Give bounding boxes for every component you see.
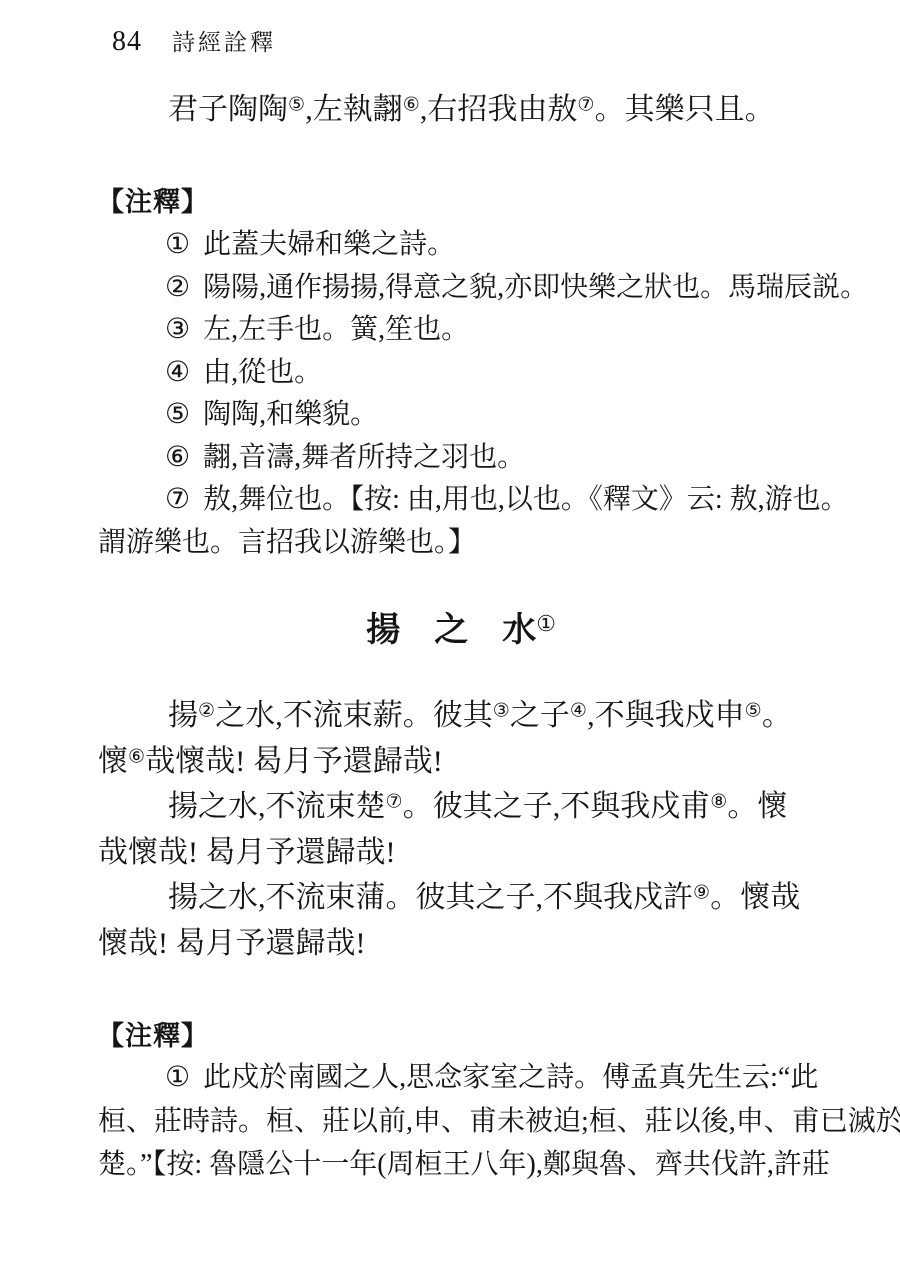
note-line: ①此蓋夫婦和樂之詩。 [98, 224, 840, 267]
note-item: ⑦敖,舞位也。【按: 由,用也,以也。《釋文》云: 敖,游也。 謂游樂也。言招我… [98, 479, 840, 564]
note-number: ④ [165, 357, 190, 388]
note-number: ⑦ [165, 484, 190, 515]
note-number: ② [165, 272, 190, 303]
poem-stanza: 揚之水,不流束蒲。彼其之子,不與我戍許⑨。懷哉 懷哉! 曷月予還歸哉! [98, 875, 840, 966]
poem-line: 揚之水,不流束楚⑦。彼其之子,不與我戍甫⑧。懷 [98, 784, 840, 830]
poem-stanza: 揚②之水,不流束薪。彼其③之子④,不與我戍申⑤。 懷⑥哉懷哉! 曷月予還歸哉! [98, 693, 840, 784]
note-item: ①此蓋夫婦和樂之詩。 [98, 224, 840, 267]
notes-heading: 【注釋】 [97, 180, 209, 219]
note-text: 左,左手也。簧,笙也。 [203, 314, 469, 345]
note-item: ③左,左手也。簧,笙也。 [98, 309, 840, 352]
book-title: 詩經詮釋 [172, 24, 276, 57]
note-item: ⑥翿,音濤,舞者所持之羽也。 [98, 437, 840, 480]
note-number: ⑥ [165, 442, 190, 473]
poem-line: 揚之水,不流束蒲。彼其之子,不與我戍許⑨。懷哉 [98, 875, 840, 921]
note-text: 陽陽,通作揚揚,得意之貌,亦即快樂之狀也。馬瑞辰説。 [203, 272, 868, 303]
note-number: ① [165, 229, 190, 260]
note-item: ④由,從也。 [98, 352, 840, 395]
poem-line: 懷哉! 曷月予還歸哉! [98, 921, 840, 967]
note-line: ②陽陽,通作揚揚,得意之貌,亦即快樂之狀也。馬瑞辰説。 [98, 267, 840, 310]
note-text: 翿,音濤,舞者所持之羽也。 [203, 442, 525, 473]
note-text: 陶陶,和樂貌。 [203, 399, 378, 430]
note-line: ⑥翿,音濤,舞者所持之羽也。 [98, 437, 840, 480]
note-line: ⑤陶陶,和樂貌。 [98, 394, 840, 437]
note-number: ⑤ [165, 399, 190, 430]
note-number: ① [165, 1062, 190, 1093]
note-item: ①此戍於南國之人,思念家室之詩。傅孟真先生云:“此 桓、莊時詩。桓、莊以前,申、… [98, 1056, 840, 1187]
notes-heading: 【注釋】 [97, 1014, 209, 1053]
notes-list: ①此蓋夫婦和樂之詩。 ②陽陽,通作揚揚,得意之貌,亦即快樂之狀也。馬瑞辰説。 ③… [98, 224, 840, 564]
note-line: 桓、莊時詩。桓、莊以前,申、甫未被迫;桓、莊以後,申、甫已滅於 [98, 1100, 840, 1144]
poem-line: 哉懷哉! 曷月予還歸哉! [98, 830, 840, 876]
note-item: ②陽陽,通作揚揚,得意之貌,亦即快樂之狀也。馬瑞辰説。 [98, 267, 840, 310]
poem-stanza: 揚之水,不流束楚⑦。彼其之子,不與我戍甫⑧。懷 哉懷哉! 曷月予還歸哉! [98, 784, 840, 875]
note-item: ⑤陶陶,和樂貌。 [98, 394, 840, 437]
note-line: ⑦敖,舞位也。【按: 由,用也,以也。《釋文》云: 敖,游也。 [98, 479, 840, 522]
page-header: 84 詩經詮釋 [112, 24, 276, 58]
note-text: 此戍於南國之人,思念家室之詩。傅孟真先生云:“此 [203, 1062, 818, 1093]
poem-line: 懷⑥哉懷哉! 曷月予還歸哉! [98, 739, 840, 785]
previous-poem-verse: 君子陶陶⑤,左執翿⑥,右招我由敖⑦。其樂只且。 [98, 88, 838, 132]
poem-title: 揚 之 水① [98, 602, 824, 651]
note-text: 敖,舞位也。【按: 由,用也,以也。《釋文》云: 敖,游也。 [203, 484, 849, 515]
verse-line: 君子陶陶⑤,左執翿⑥,右招我由敖⑦。其樂只且。 [98, 88, 838, 132]
note-text: 此蓋夫婦和樂之詩。 [203, 229, 455, 260]
note-line: ③左,左手也。簧,笙也。 [98, 309, 840, 352]
poem-line: 揚②之水,不流束薪。彼其③之子④,不與我戍申⑤。 [98, 693, 840, 739]
note-number: ③ [165, 314, 190, 345]
notes-list: ①此戍於南國之人,思念家室之詩。傅孟真先生云:“此 桓、莊時詩。桓、莊以前,申、… [98, 1056, 840, 1187]
poem-stanzas: 揚②之水,不流束薪。彼其③之子④,不與我戍申⑤。 懷⑥哉懷哉! 曷月予還歸哉! … [98, 693, 840, 966]
note-line: ①此戍於南國之人,思念家室之詩。傅孟真先生云:“此 [98, 1056, 840, 1100]
book-page: 84 詩經詮釋 君子陶陶⑤,左執翿⑥,右招我由敖⑦。其樂只且。 【注釋】 ①此蓋… [0, 0, 900, 1284]
note-line: 楚。”【按: 魯隱公十一年(周桓王八年),鄭與魯、齊共伐許,許莊 [98, 1143, 840, 1187]
note-text: 由,從也。 [203, 357, 322, 388]
page-number: 84 [112, 26, 142, 58]
note-line: 謂游樂也。言招我以游樂也。】 [98, 522, 840, 565]
note-line: ④由,從也。 [98, 352, 840, 395]
